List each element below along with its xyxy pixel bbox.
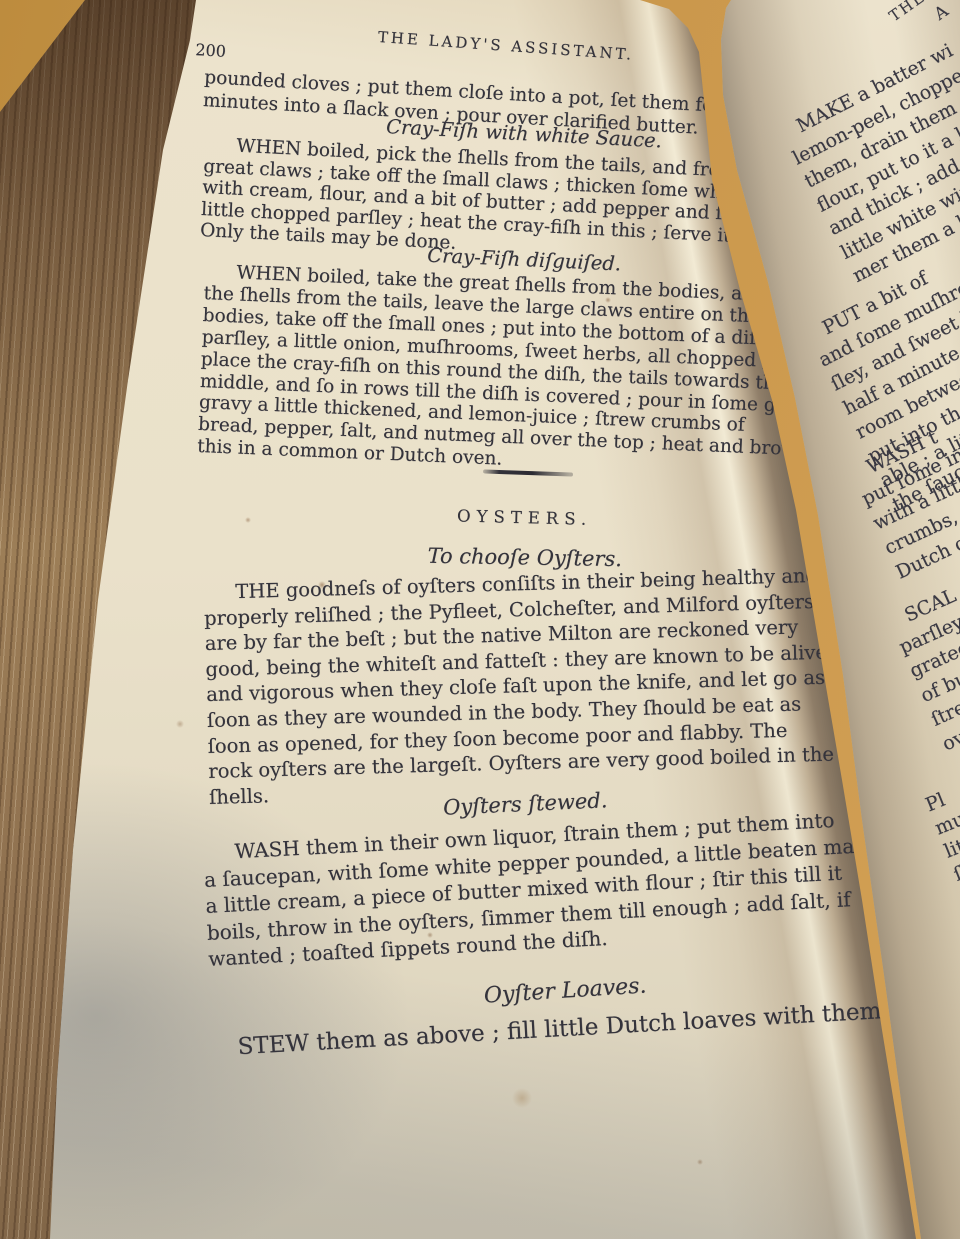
right-page-paragraph-scald: SCALparſleygrated,of buttſtrewoven. — [884, 583, 960, 758]
paragraph-choose-oysters: THE goodneſs of oyſters conſiſts in thei… — [203, 563, 835, 811]
paragraph-oysters-stewed: WASH them in their own liquor, ſtrain th… — [202, 804, 888, 972]
paragraph-disguised: WHEN boiled, take the great ſhells from … — [197, 261, 816, 484]
right-page-paragraph-batter: MAKE a batter wilemon-peel, chopped pthe… — [776, 25, 960, 289]
book-photo: THEA MAKE a batter wilemon-peel, chopped… — [0, 0, 960, 1239]
text-line: A — [929, 0, 953, 27]
running-title: THE LADY'S ASSISTANT. — [351, 26, 662, 66]
right-page-paragraph-bottom: Plmuſhlittlſhecr — [922, 776, 960, 910]
chapter-heading-oysters: OYSTERS. — [215, 500, 835, 535]
page-number: 200 — [195, 40, 227, 61]
